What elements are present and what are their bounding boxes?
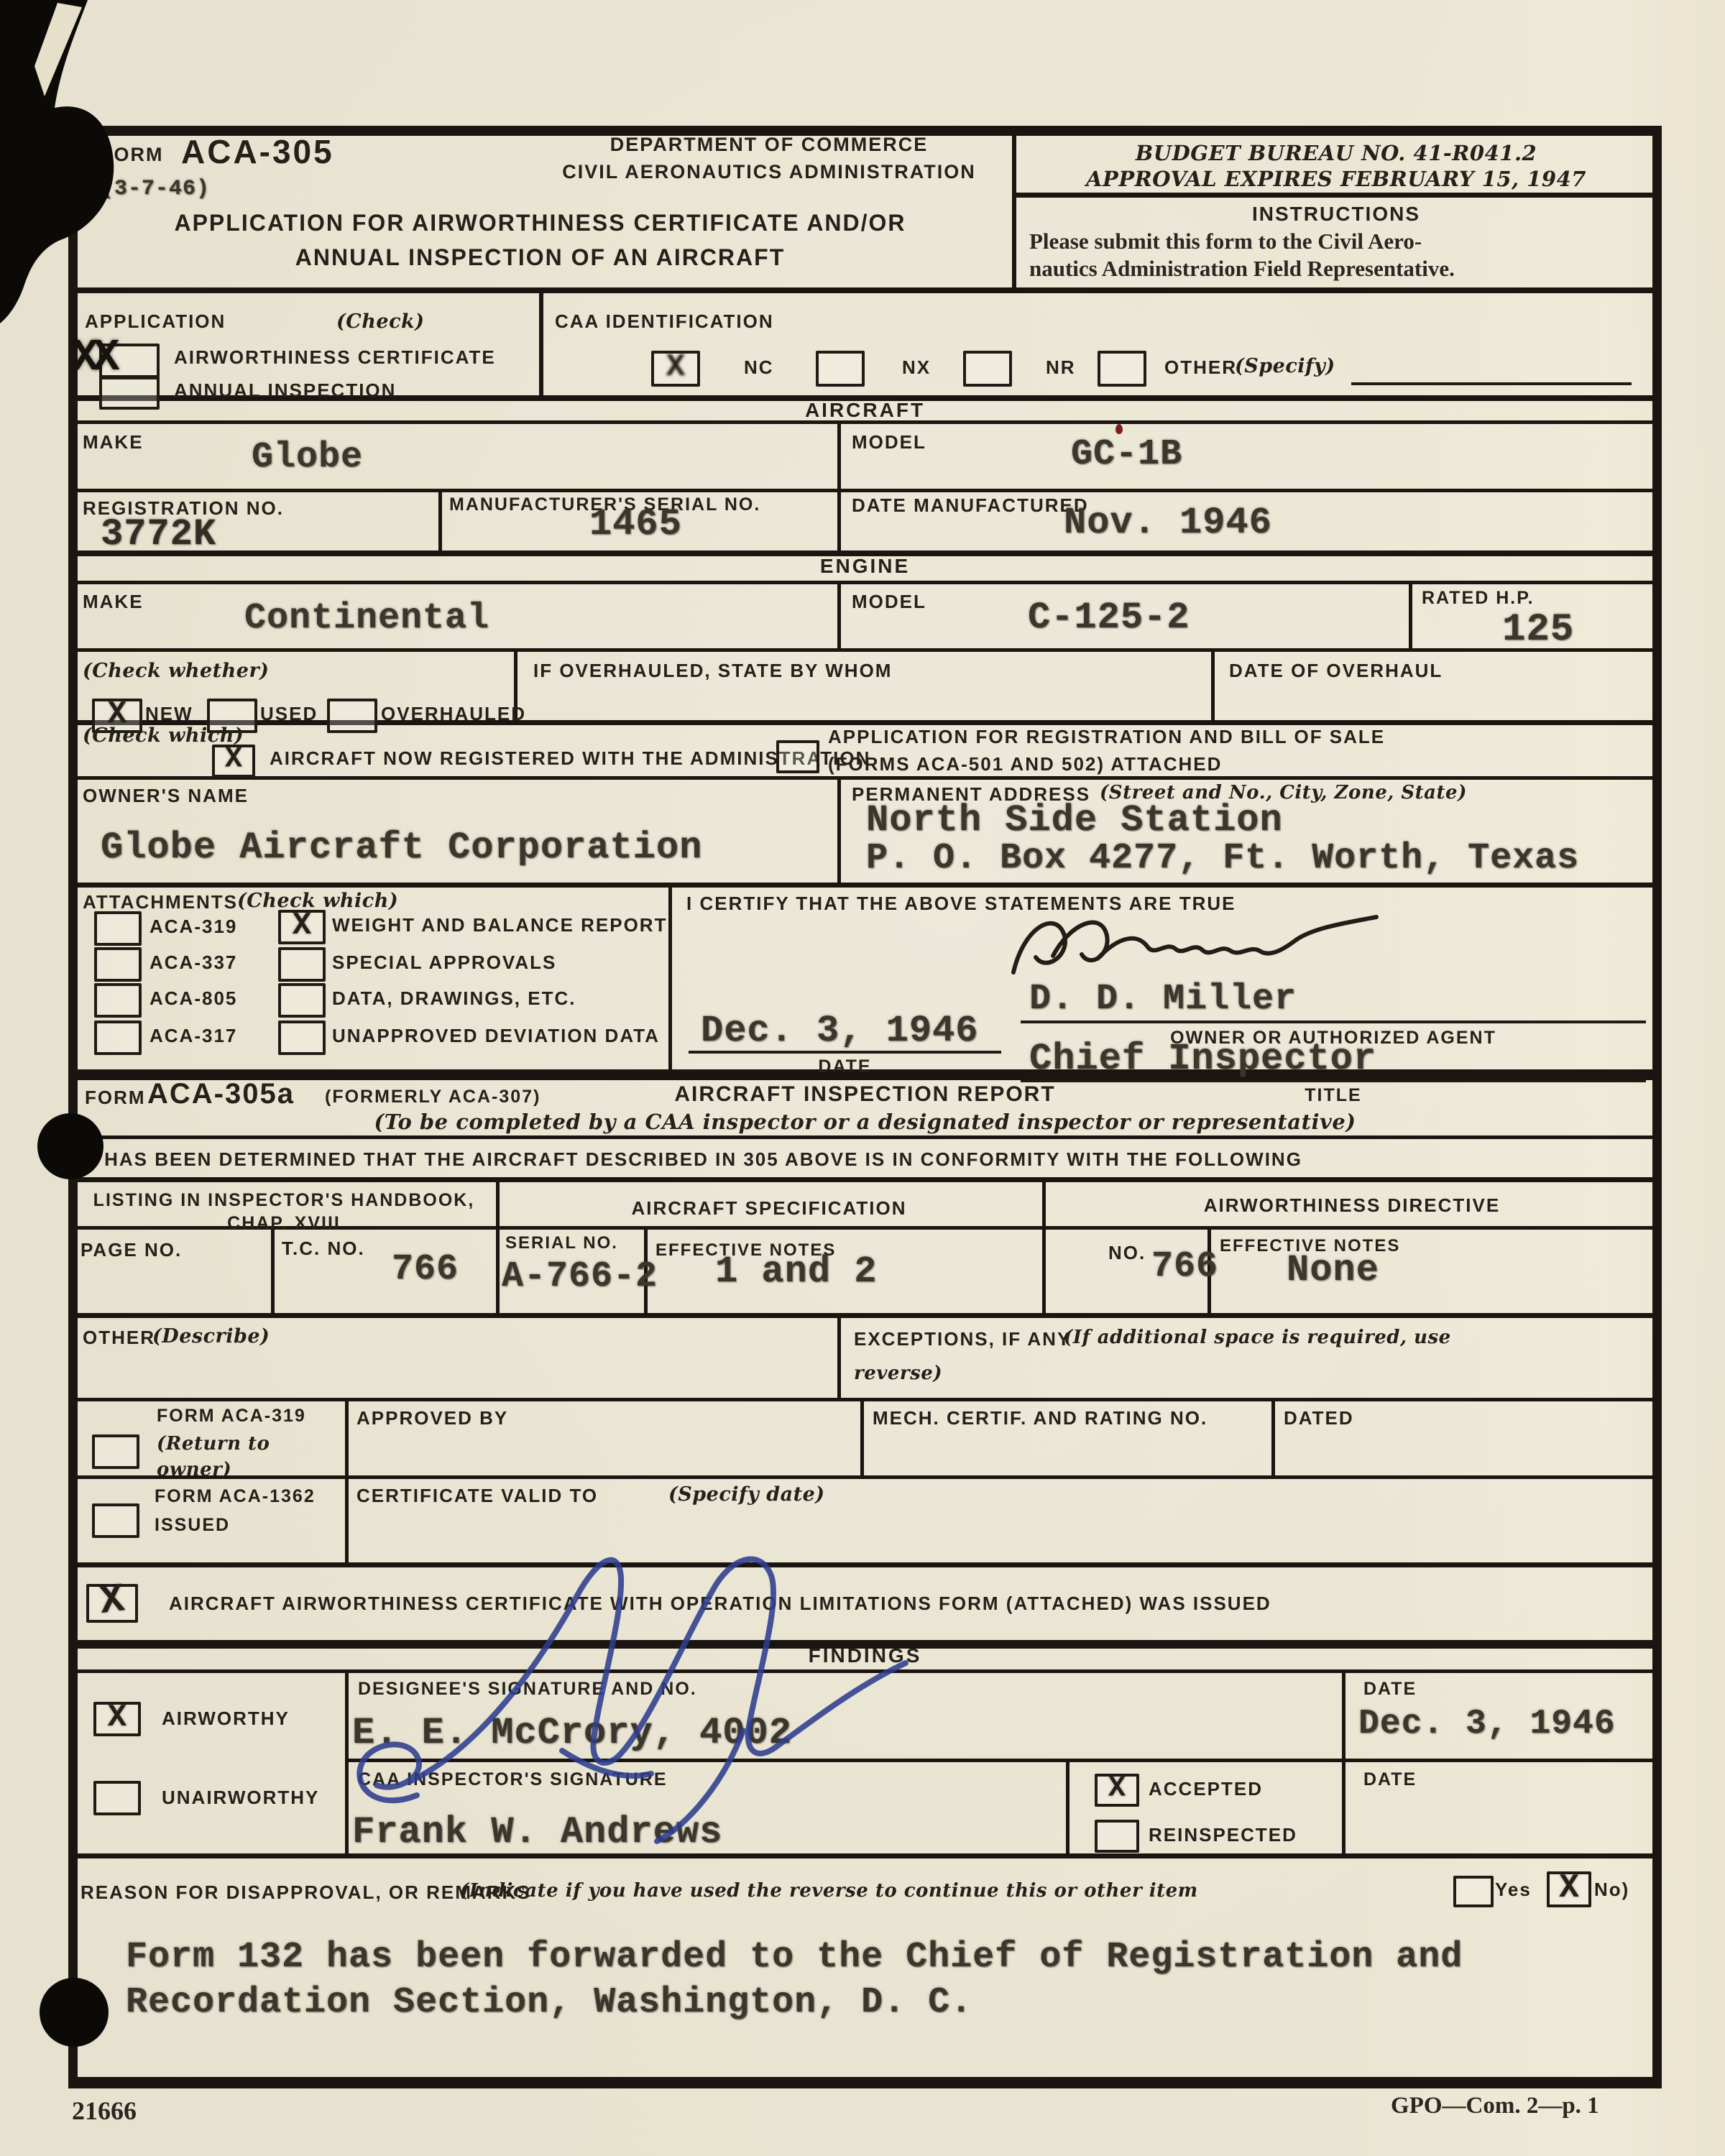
form-aca-319-label: FORM ACA-319 — [157, 1406, 306, 1427]
nr-label: NR — [1046, 356, 1076, 379]
directive-no-label: NO. — [1108, 1242, 1146, 1264]
aca-319-label: ACA-319 — [149, 916, 237, 938]
application-attached-checkbox[interactable] — [776, 740, 819, 773]
aca-317-checkbox[interactable] — [94, 1021, 142, 1055]
application-attached-line1: APPLICATION FOR REGISTRATION AND BILL OF… — [828, 726, 1385, 748]
remarks-paren: (Indicate if you have used the reverse t… — [460, 1880, 1198, 1902]
instructions-line2: nautics Administration Field Representat… — [1029, 256, 1455, 282]
designee-date-value: Dec. 3, 1946 — [1358, 1705, 1616, 1743]
x-mark: X — [1559, 1869, 1579, 1907]
aca-805-label: ACA-805 — [149, 987, 237, 1010]
torn-corner — [0, 0, 194, 359]
footer-gpo: GPO—Com. 2—p. 1 — [1391, 2093, 1599, 2119]
aca-317-label: ACA-317 — [149, 1025, 237, 1047]
rated-hp-label: RATED H.P. — [1422, 588, 1535, 609]
instructions-title: INSTRUCTIONS — [1016, 203, 1656, 226]
check-whether-label: (Check whether) — [83, 660, 269, 682]
engine-section-header: ENGINE — [68, 555, 1662, 578]
grid-line-v — [1211, 648, 1215, 724]
grid-line-v — [271, 1226, 275, 1316]
aircraft-make-value: Globe — [252, 437, 363, 478]
data-drawings-label: DATA, DRAWINGS, ETC. — [332, 987, 576, 1010]
x-mark: X — [293, 908, 311, 944]
grid-line-v — [1066, 1759, 1069, 1856]
grid-line-v — [837, 1313, 841, 1401]
date-manufactured-label: DATE MANUFACTURED — [852, 494, 1089, 517]
unairworthy-checkbox[interactable] — [93, 1781, 141, 1815]
grid-line-v — [438, 489, 442, 554]
nc-label: NC — [744, 356, 774, 379]
airworthiness-certificate-label: AIRWORTHINESS CERTIFICATE — [174, 346, 496, 369]
aircraft-section-header: AIRCRAFT — [68, 399, 1662, 422]
grid-line-h — [68, 648, 1662, 652]
remarks-no-checkbox[interactable]: X — [1547, 1871, 1591, 1907]
attachments-label-paren: (Check which) — [237, 890, 398, 912]
nr-checkbox[interactable] — [963, 351, 1012, 387]
date-manufactured-value: Nov. 1946 — [1064, 502, 1272, 544]
certificate-valid-to-label: CERTIFICATE VALID TO — [356, 1485, 598, 1507]
nc-checkbox[interactable]: X — [651, 351, 700, 387]
agency-line2: CIVIL AERONAUTICS ADMINISTRATION — [460, 161, 1078, 183]
report-subtitle: (To be completed by a CAA inspector or a… — [68, 1110, 1662, 1134]
certification-date-line[interactable] — [689, 1051, 1001, 1054]
date-of-overhaul-label: DATE OF OVERHAUL — [1229, 660, 1443, 682]
red-ink-dot — [1115, 424, 1123, 434]
signer-signature-line[interactable] — [1021, 1021, 1646, 1023]
listing-header-line2: CHAP. XVIII — [72, 1213, 496, 1234]
exceptions-paren-line1: (If additional space is required, use — [1064, 1327, 1451, 1348]
return-to-owner-line1: (Return to — [157, 1433, 270, 1455]
overhauled-by-label: IF OVERHAULED, STATE BY WHOM — [533, 660, 892, 682]
nx-label: NX — [902, 356, 931, 379]
certification-title-value: Chief Inspector — [1029, 1038, 1376, 1080]
report-serial-label: SERIAL NO. — [505, 1233, 618, 1253]
report-title: AIRCRAFT INSPECTION REPORT — [68, 1082, 1662, 1107]
weight-balance-label: WEIGHT AND BALANCE REPORT — [332, 914, 667, 936]
grid-line-h — [68, 581, 1662, 584]
grid-line-h — [68, 776, 1662, 780]
budget-bureau-line2: APPROVAL EXPIRES FEBRUARY 15, 1947 — [1016, 167, 1656, 191]
form-aca-1362-checkbox[interactable] — [92, 1503, 139, 1538]
frame-bottom — [68, 2077, 1662, 2088]
serial-no-value: 1465 — [589, 503, 682, 545]
tc-no-label: T.C. NO. — [282, 1238, 365, 1260]
form-title-line1: APPLICATION FOR AIRWORTHINESS CERTIFICAT… — [68, 210, 1012, 236]
form-title-line2: ANNUAL INSPECTION OF AN AIRCRAFT — [68, 244, 1012, 271]
mech-certif-label: MECH. CERTIF. AND RATING NO. — [873, 1407, 1207, 1429]
aca-1362-issued-label: ISSUED — [155, 1515, 230, 1536]
certificate-issued-checkbox[interactable]: X — [86, 1584, 138, 1623]
caa-identification-label: CAA IDENTIFICATION — [555, 310, 774, 333]
certificate-valid-to-paren: (Specify date) — [668, 1483, 825, 1506]
aircraft-model-value: GC-1B — [1071, 434, 1182, 475]
unapproved-deviation-checkbox[interactable] — [278, 1021, 326, 1055]
grid-line-h — [68, 1177, 1662, 1182]
owner-name-value: Globe Aircraft Corporation — [101, 826, 702, 869]
tc-no-value: 766 — [392, 1249, 459, 1290]
directive-no-value: 766 — [1151, 1246, 1218, 1287]
rated-hp-value: 125 — [1502, 608, 1574, 652]
registration-no-value: 3772K — [101, 513, 216, 556]
weight-balance-checkbox[interactable]: X — [278, 910, 326, 944]
aircraft-model-label: MODEL — [852, 431, 926, 453]
grid-line-h — [68, 1853, 1662, 1858]
engine-make-value: Continental — [244, 598, 489, 639]
grid-line-h — [68, 883, 1662, 888]
special-approvals-label: SPECIAL APPROVALS — [332, 952, 556, 974]
reinspected-checkbox[interactable] — [1095, 1820, 1139, 1853]
grid-line-h — [68, 287, 1662, 293]
data-drawings-checkbox[interactable] — [278, 983, 326, 1018]
grid-line-v — [668, 883, 672, 1072]
grid-line-v — [860, 1398, 864, 1478]
nx-checkbox[interactable] — [816, 351, 865, 387]
remarks-yes-checkbox[interactable] — [1453, 1876, 1494, 1907]
registered-checkbox[interactable]: X — [212, 745, 255, 778]
grid-line-h — [68, 1398, 1662, 1401]
check-which-label: (Check which) — [83, 724, 244, 747]
approved-by-label: APPROVED BY — [356, 1407, 508, 1429]
budget-bureau-line1: BUDGET BUREAU NO. 41-R041.2 — [1016, 141, 1656, 165]
aca-337-checkbox[interactable] — [94, 947, 142, 982]
report-serial-value: A-766-2 — [502, 1256, 658, 1297]
airworthy-checkbox[interactable]: X — [93, 1702, 141, 1736]
unairworthy-label: UNAIRWORTHY — [162, 1787, 319, 1809]
instructions-line1: Please submit this form to the Civil Aer… — [1029, 229, 1422, 254]
form-number: ACA-305 — [181, 132, 334, 171]
unapproved-deviation-label: UNAPPROVED DEVIATION DATA — [332, 1025, 660, 1047]
exceptions-label: EXCEPTIONS, IF ANY — [854, 1328, 1071, 1350]
scanned-form-page: FORM ACA-305 (3-7-46) DEPARTMENT OF COMM… — [0, 0, 1725, 2156]
aircraft-make-label: MAKE — [83, 431, 144, 453]
remarks-no-label: No) — [1594, 1879, 1629, 1901]
remarks-body-line1: Form 132 has been forwarded to the Chief… — [126, 1937, 1463, 1978]
aca-805-checkbox[interactable] — [94, 983, 142, 1018]
attachments-label: ATTACHMENTS — [83, 891, 238, 913]
reinspected-label: REINSPECTED — [1149, 1824, 1297, 1846]
other-describe-paren: (Describe) — [152, 1325, 270, 1347]
remarks-body-line2: Recordation Section, Washington, D. C. — [126, 1982, 972, 2023]
engine-used-label: USED — [260, 703, 318, 725]
page-no-label: PAGE NO. — [80, 1239, 182, 1261]
x-mark: X — [108, 1700, 126, 1736]
engine-new-label: NEW — [145, 703, 193, 725]
designee-date-label: DATE — [1363, 1679, 1417, 1700]
airworthy-label: AIRWORTHY — [162, 1708, 290, 1730]
x-mark: X — [666, 349, 685, 385]
x-mark: X — [225, 744, 242, 776]
x-mark: X — [1108, 1773, 1126, 1805]
engine-model-label: MODEL — [852, 591, 926, 613]
return-to-owner-line2: owner) — [157, 1459, 231, 1480]
agency-line1: DEPARTMENT OF COMMERCE — [460, 134, 1078, 156]
engine-make-label: MAKE — [83, 591, 144, 613]
miller-ink-signature — [1003, 904, 1391, 990]
remarks-yes-label: Yes — [1495, 1879, 1532, 1901]
special-approvals-checkbox[interactable] — [278, 947, 326, 982]
accepted-label: ACCEPTED — [1149, 1778, 1263, 1800]
grid-line-v — [1271, 1398, 1275, 1478]
grid-line-h — [68, 1135, 1662, 1139]
footer-print-code: 21666 — [72, 2096, 137, 2126]
other-specify-line[interactable] — [1351, 382, 1632, 385]
engine-overhauled-label: OVERHAULED — [381, 703, 526, 725]
engine-overhauled-checkbox[interactable] — [327, 699, 377, 733]
blue-ink-signature — [309, 1509, 970, 1854]
grid-line-v — [837, 776, 841, 886]
grid-line-v — [837, 420, 841, 492]
grid-line-v — [539, 287, 543, 401]
listing-header-line1: LISTING IN INSPECTOR'S HANDBOOK, — [72, 1190, 496, 1211]
dated-label: DATED — [1284, 1407, 1354, 1429]
signer-name-value: D. D. Miller — [1029, 979, 1297, 1020]
other-specify-label: (Specify) — [1235, 355, 1335, 377]
owner-name-label: OWNER'S NAME — [83, 785, 249, 807]
other-checkbox[interactable] — [1098, 351, 1146, 387]
address-line1-value: North Side Station — [866, 799, 1283, 842]
grid-line-v — [1342, 1669, 1345, 1856]
directive-header: AIRWORTHINESS DIRECTIVE — [1042, 1194, 1662, 1217]
spec-header: AIRCRAFT SPECIFICATION — [496, 1197, 1042, 1220]
other-describe-label: OTHER — [83, 1327, 155, 1349]
grid-line-v — [837, 489, 841, 554]
exceptions-paren-line2: reverse) — [854, 1363, 942, 1384]
aca-337-label: ACA-337 — [149, 952, 237, 974]
other-label: OTHER — [1164, 356, 1237, 379]
effective-notes-value: 1 and 2 — [715, 1250, 877, 1293]
grid-line-h — [1012, 193, 1662, 198]
grid-line-h — [68, 1475, 1662, 1479]
certification-date-label: DATE — [689, 1056, 1001, 1077]
certification-date-value: Dec. 3, 1946 — [701, 1010, 978, 1052]
application-attached-line2: (FORMS ACA-501 AND 502) ATTACHED — [828, 753, 1222, 775]
form-aca-319-checkbox[interactable] — [92, 1434, 139, 1469]
address-line2-value: P. O. Box 4277, Ft. Worth, Texas — [866, 838, 1579, 879]
punch-hole — [37, 1113, 103, 1179]
grid-line-h — [68, 1313, 1662, 1318]
accepted-checkbox[interactable]: X — [1095, 1774, 1139, 1807]
punch-hole — [40, 1978, 109, 2047]
directive-notes-value: None — [1287, 1249, 1379, 1291]
form-aca-1362-label: FORM ACA-1362 — [155, 1486, 316, 1507]
grid-line-v — [1409, 581, 1412, 652]
grid-line-h — [68, 489, 1662, 492]
x-mark: X — [97, 1576, 126, 1625]
inspector-date-label: DATE — [1363, 1769, 1417, 1790]
engine-model-value: C-125-2 — [1028, 596, 1190, 639]
grid-line-v — [837, 581, 841, 652]
aca-319-checkbox[interactable] — [94, 911, 142, 946]
application-label-paren: (Check) — [336, 310, 425, 333]
determination-statement: T HAS BEEN DETERMINED THAT THE AIRCRAFT … — [85, 1148, 1302, 1171]
